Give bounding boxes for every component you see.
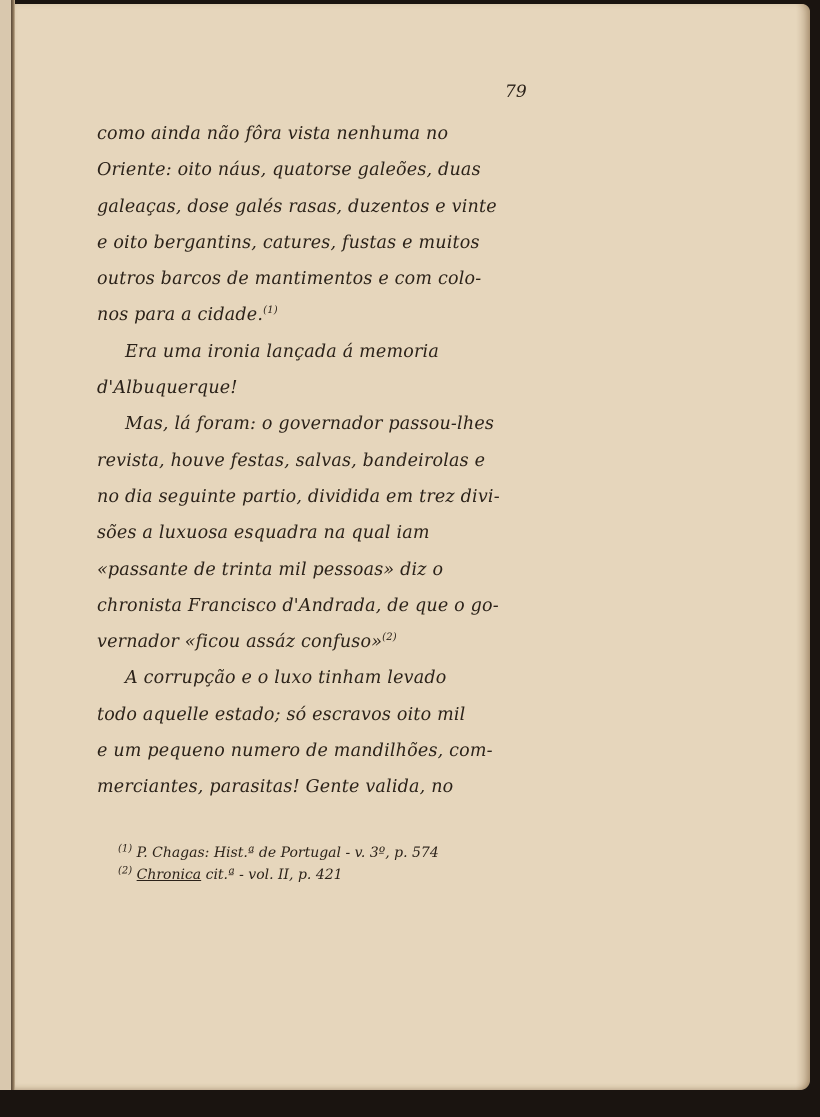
text-line: e um pequeno numero de mandilhões, com- (97, 733, 577, 769)
text-line: «passante de trinta mil pessoas» diz o (97, 552, 577, 588)
text-line: no dia seguinte partio, dividida em trez… (97, 479, 577, 515)
line-text: chronista Francisco d'Andrada, de que o … (97, 596, 499, 616)
footnote-marker: (1) (118, 843, 132, 854)
footnote-1: (1) P. Chagas: Hist.ª de Portugal - v. 3… (118, 842, 558, 864)
text-line: revista, houve festas, salvas, bandeirol… (97, 443, 577, 479)
line-text: vernador «ficou assáz confuso» (97, 632, 382, 652)
footnote-ref: (2) (382, 632, 397, 643)
line-text: outros barcos de mantimentos e com colo- (97, 269, 481, 289)
line-text: revista, houve festas, salvas, bandeirol… (97, 451, 485, 471)
line-text: Era uma ironia lançada á memoria (125, 342, 439, 362)
text-line: Era uma ironia lançada á memoria (97, 334, 577, 370)
page-edge-shadow (796, 4, 810, 1090)
footnote-title: Chronica (137, 867, 202, 883)
text-line: outros barcos de mantimentos e com colo- (97, 261, 577, 297)
line-text: d'Albuquerque! (97, 378, 238, 398)
line-text: Mas, lá foram: o governador passou-lhes (125, 414, 494, 434)
line-text: no dia seguinte partio, dividida em trez… (97, 487, 500, 507)
line-text: A corrupção e o luxo tinham levado (125, 668, 447, 688)
text-line: nos para a cidade.(1) (97, 297, 577, 333)
line-text: sões a luxuosa esquadra na qual iam (97, 523, 430, 543)
line-text: todo aquelle estado; só escravos oito mi… (97, 705, 465, 725)
footnotes: (1) P. Chagas: Hist.ª de Portugal - v. 3… (118, 842, 558, 886)
footnote-2: (2) Chronica cit.ª - vol. II, p. 421 (118, 864, 558, 886)
text-line: Oriente: oito náus, quatorse galeões, du… (97, 152, 577, 188)
manuscript-body: como ainda não fôra vista nenhuma no Ori… (97, 116, 577, 806)
text-line: todo aquelle estado; só escravos oito mi… (97, 697, 577, 733)
text-line: d'Albuquerque! (97, 370, 577, 406)
text-line: sões a luxuosa esquadra na qual iam (97, 515, 577, 551)
footnote-text: cit.ª - vol. II, p. 421 (201, 867, 342, 883)
line-text: e um pequeno numero de mandilhões, com- (97, 741, 493, 761)
line-text: merciantes, parasitas! Gente valida, no (97, 777, 453, 797)
text-line: vernador «ficou assáz confuso»(2) (97, 624, 577, 660)
line-text: como ainda não fôra vista nenhuma no (97, 124, 448, 144)
text-line: A corrupção e o luxo tinham levado (97, 660, 577, 696)
line-text: nos para a cidade. (97, 305, 263, 325)
text-line: e oito bergantins, catures, fustas e mui… (97, 225, 577, 261)
text-line: merciantes, parasitas! Gente valida, no (97, 769, 577, 805)
line-text: e oito bergantins, catures, fustas e mui… (97, 233, 480, 253)
footnote-text: P. Chagas: Hist.ª de Portugal - v. 3º, p… (137, 845, 439, 861)
line-text: galeaças, dose galés rasas, duzentos e v… (97, 197, 497, 217)
text-line: Mas, lá foram: o governador passou-lhes (97, 406, 577, 442)
line-text: «passante de trinta mil pessoas» diz o (97, 560, 443, 580)
footnote-ref: (1) (263, 306, 278, 317)
line-text: Oriente: oito náus, quatorse galeões, du… (97, 160, 481, 180)
page-number: 79 (505, 82, 527, 102)
text-line: como ainda não fôra vista nenhuma no (97, 116, 577, 152)
text-line: chronista Francisco d'Andrada, de que o … (97, 588, 577, 624)
footnote-marker: (2) (118, 865, 132, 876)
text-line: galeaças, dose galés rasas, duzentos e v… (97, 189, 577, 225)
